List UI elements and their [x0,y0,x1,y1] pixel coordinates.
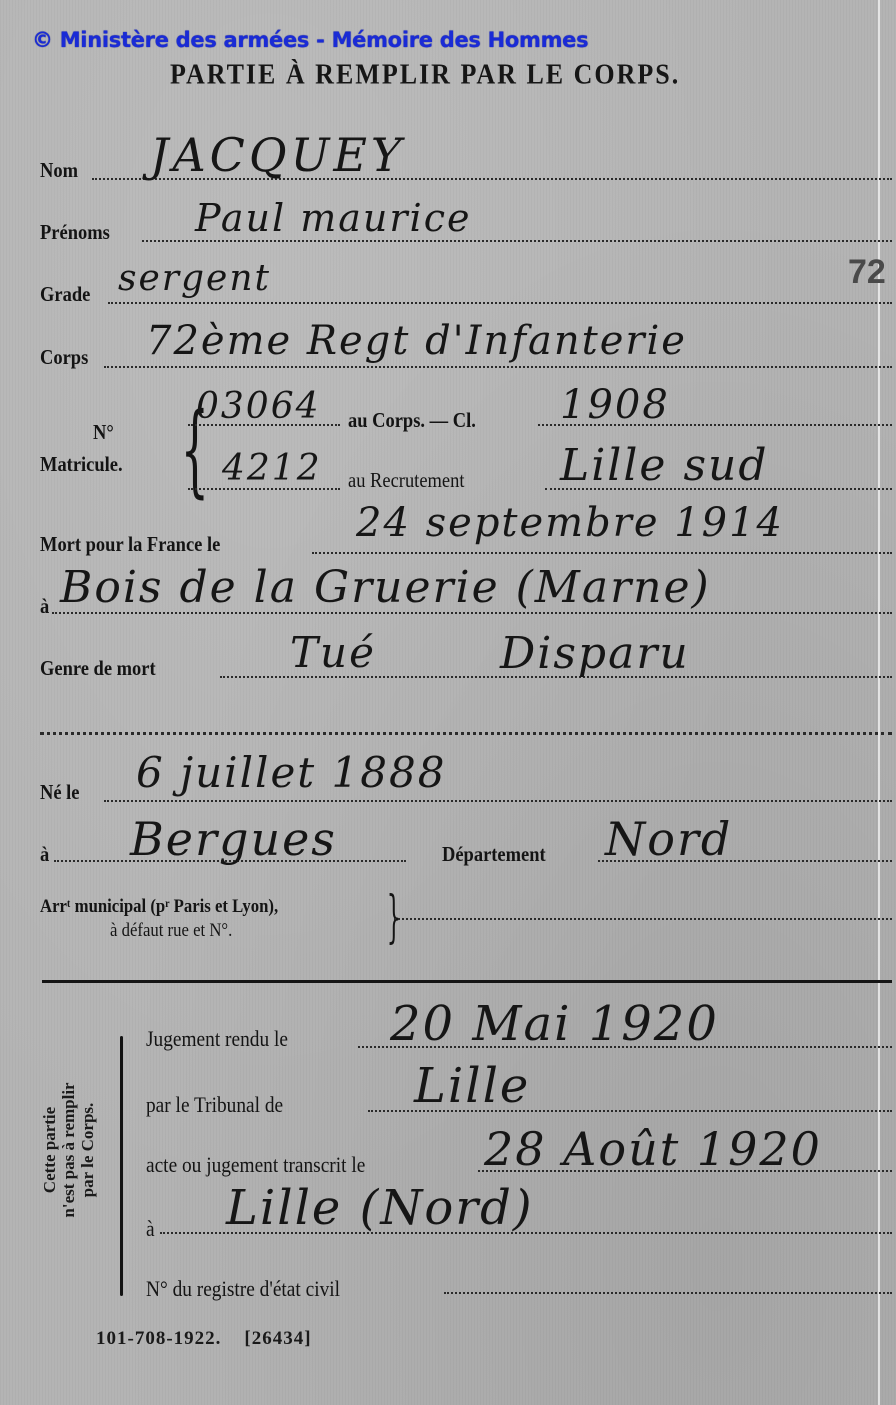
transcrit-value: 28 Août 1920 [484,1122,822,1176]
transcrit-lieu-value: Lille (Nord) [226,1180,534,1236]
prenoms-value: Paul maurice [195,196,471,240]
ne-le-label: Né le [40,780,80,805]
side-note-line-1: Cette partie [40,1040,59,1260]
mort-value: 24 septembre 1914 [356,500,784,546]
departement-label: Département [442,842,546,867]
section-bracket [120,1036,123,1296]
print-code: 101-708-1922. [26434] [96,1328,312,1350]
arrondissement-line [394,918,892,920]
tribunal-value: Lille [414,1058,530,1114]
matricule-label-no: N° [93,420,114,445]
transcrit-label: acte ou jugement transcrit le [146,1152,365,1178]
nom-label: Nom [40,158,78,183]
prenoms-line [142,240,892,242]
corps-value: 72ème Regt d'Infanterie [146,318,687,364]
tribunal-label: par le Tribunal de [146,1092,283,1118]
nom-value: JACQUEY [150,128,405,182]
lieu-mort-value: Bois de la Gruerie (Marne) [60,562,711,613]
ne-le-line [104,800,892,802]
arrondissement-label-2: à défaut rue et N°. [110,920,232,942]
matricule-corps-label: au Corps. — Cl. [348,408,476,433]
genre-mort-label: Genre de mort [40,656,156,681]
ne-le-value: 6 juillet 1888 [136,748,446,797]
margin-number: 72 [848,253,886,292]
grade-line [108,302,892,304]
departement-value: Nord [605,812,732,866]
side-note-line-3: par le Corps. [78,1040,97,1260]
genre-mort-value-2: Disparu [500,628,690,679]
corps-line [104,366,892,368]
copyright-watermark: © Ministère des armées - Mémoire des Hom… [32,28,588,52]
print-code-bracket: [26434] [244,1328,311,1349]
registre-label: N° du registre d'état civil [146,1276,340,1302]
mort-line [312,552,892,554]
matricule-corps-value: 03064 [196,386,321,427]
registre-line [444,1292,892,1294]
matricule-label: Matricule. [40,452,123,477]
corps-label: Corps [40,345,88,370]
recrutement-place-value: Lille sud [560,440,769,491]
ne-a-value: Bergues [130,812,337,866]
classe-value: 1908 [560,382,670,428]
transcrit-lieu-label: à [146,1216,155,1242]
separator-line-1 [40,732,892,735]
death-record-card: © Ministère des armées - Mémoire des Hom… [0,0,896,1405]
matricule-recrutement-value: 4212 [222,448,322,489]
form-title: PARTIE À REMPLIR PAR LE CORPS. [170,59,680,91]
grade-value: sergent [118,258,271,299]
ne-a-label: à [40,842,49,867]
prenoms-label: Prénoms [40,220,110,245]
genre-mort-value-1: Tué [290,628,376,677]
recrutement-label: au Recrutement [348,468,464,493]
side-note-line-2: n'est pas à remplir [59,1040,78,1260]
grade-label: Grade [40,282,90,307]
separator-rule [42,980,892,983]
lieu-mort-label: à [40,594,49,619]
arrondissement-label-1: Arrᵗ municipal (pʳ Paris et Lyon), [40,896,278,918]
scan-edge-line [878,0,880,1405]
jugement-value: 20 Mai 1920 [390,996,719,1052]
mort-label: Mort pour la France le [40,532,220,557]
print-code-number: 101-708-1922. [96,1328,221,1349]
side-note: Cette partie n'est pas à remplir par le … [40,1040,97,1260]
jugement-label: Jugement rendu le [146,1026,288,1052]
